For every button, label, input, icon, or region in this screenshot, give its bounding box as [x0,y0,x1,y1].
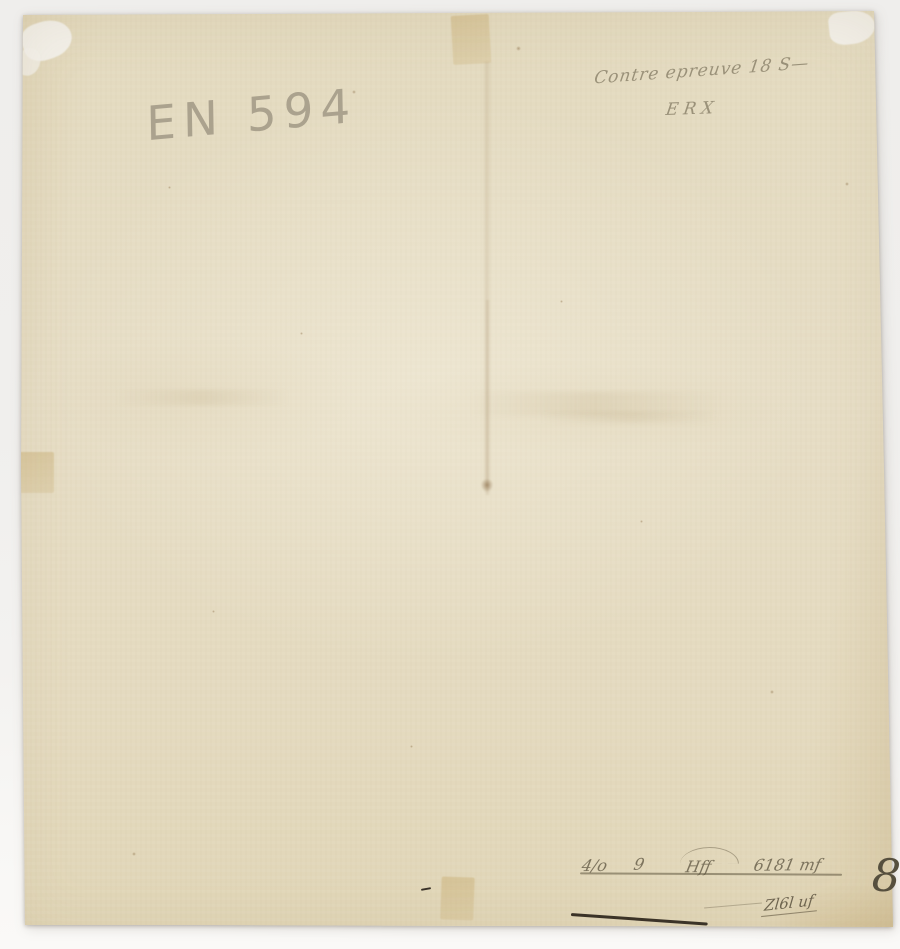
inscription-row1-seg2: 9 [632,855,646,874]
skinned-patch-top-right [827,9,876,47]
inscription-en-number: EN 594 [146,79,358,153]
tape-residue-top-center [451,14,492,65]
pencil-arc-flourish [680,847,739,865]
foxing-spot [410,745,413,748]
foxing-spot [845,182,849,186]
paper-sheet-verso: EN 594 Contre epreuve 18 S— ERX 4/o 9 Hf… [0,0,900,949]
photo-of-artwork-verso: EN 594 Contre epreuve 18 S— ERX 4/o 9 Hf… [0,0,900,949]
foxing-spot [770,690,774,694]
faint-stain-band-right-lower [540,412,720,423]
inscription-contre-epreuve: Contre epreuve 18 S— [593,52,835,89]
paper-shadow-wrapper: EN 594 Contre epreuve 18 S— ERX 4/o 9 Hf… [0,0,900,949]
inscription-monogram-erx: ERX [665,98,720,120]
inscription-edge-glyph-8: 8 [871,848,900,902]
inscription-bottom-row1: 4/o 9 Hff 6181 mf [582,853,844,885]
faint-stain-band-left [115,390,290,405]
foxing-spot [516,46,521,51]
foxing-spot [212,610,215,613]
tape-residue-bottom-center [440,876,474,920]
pencil-dash-line [704,902,762,908]
foxing-spot [300,332,303,335]
small-dark-dash [421,887,431,891]
strike-through-line [580,872,842,875]
foxing-spot [168,186,171,189]
inscription-bottom-row2: Zl6l uf [761,891,818,917]
brown-spot-crease-end [481,478,493,492]
foxing-spot [132,852,136,856]
inscription-row1-seg4: 6181 mf [752,855,823,875]
thick-ink-line-bottom [571,913,708,925]
foxing-spot [640,520,643,523]
foxing-spot [560,300,563,303]
tape-residue-left-edge [17,452,54,493]
